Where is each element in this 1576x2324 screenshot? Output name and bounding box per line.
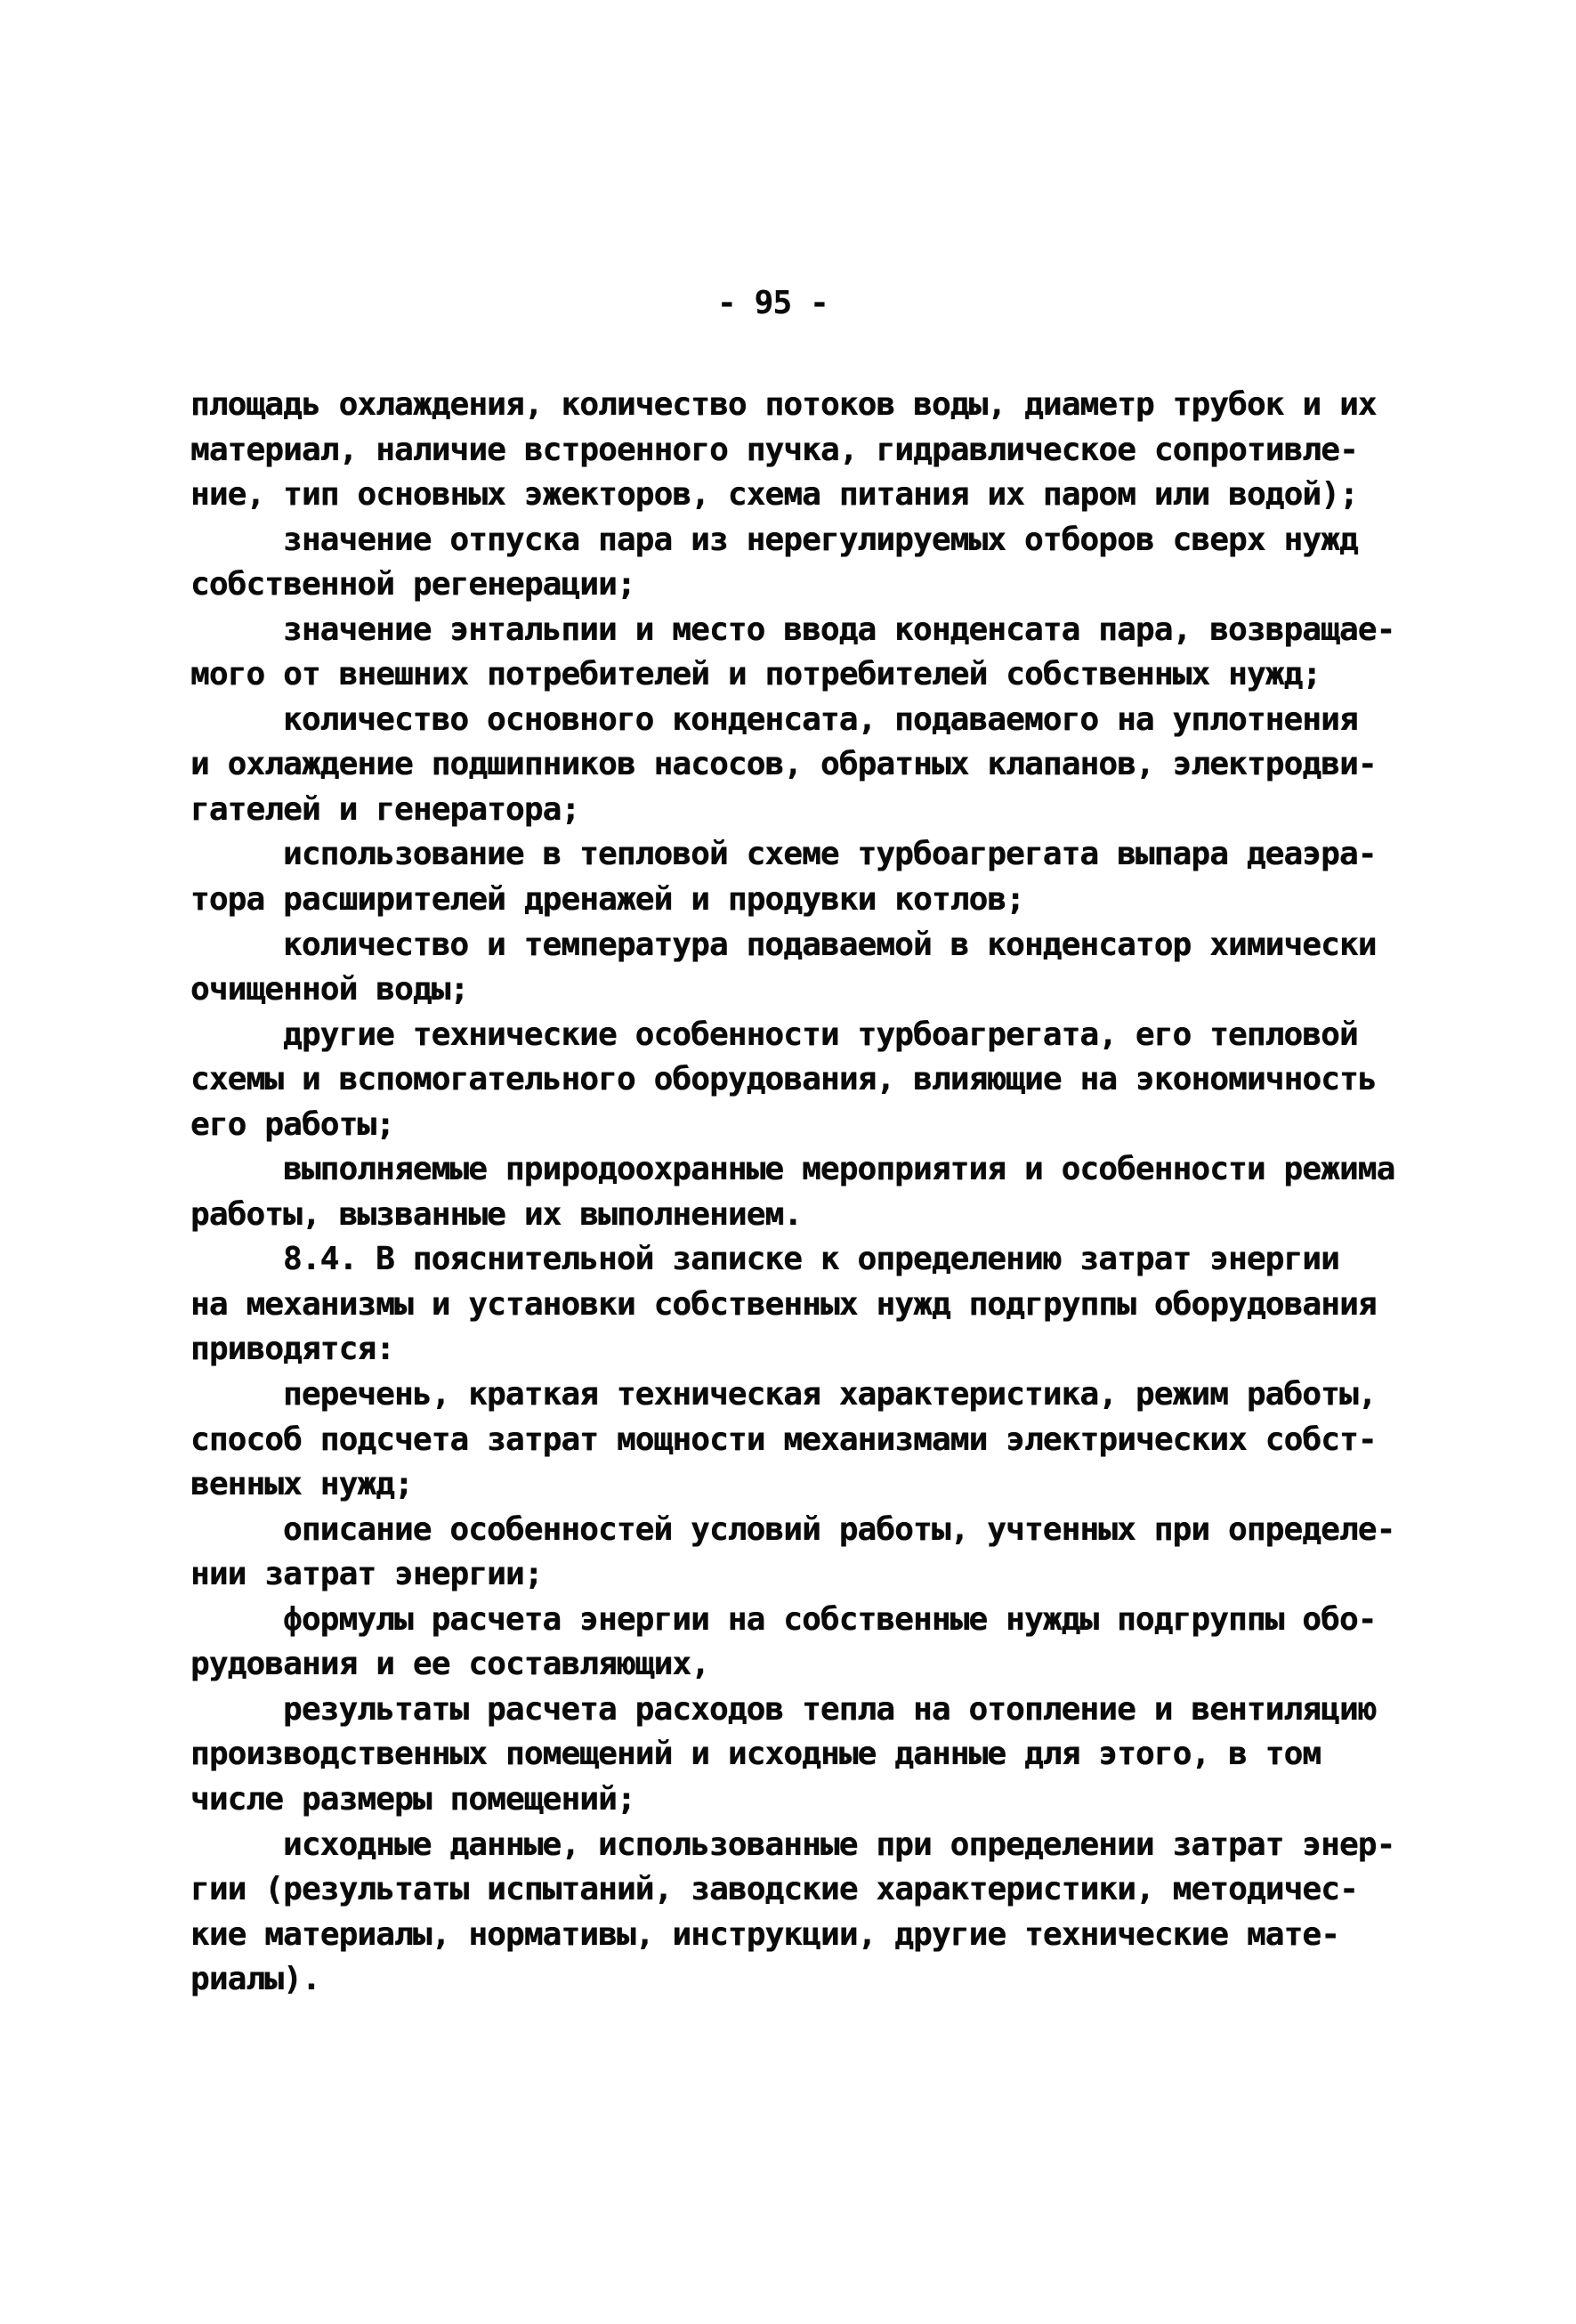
text-line: рудования и ее составляющих, <box>190 1642 1436 1688</box>
text-line: производственных помещений и исходные да… <box>190 1732 1436 1777</box>
text-line: приводятся: <box>190 1327 1436 1373</box>
text-line: очищенной воды; <box>190 968 1436 1013</box>
text-line: кие материалы, нормативы, инструкции, др… <box>190 1913 1436 1958</box>
text-line: тора расширителей дренажей и продувки ко… <box>190 878 1436 923</box>
text-line: риалы). <box>190 1957 1436 2003</box>
text-line: числе размеры помещений; <box>190 1777 1436 1823</box>
text-line: количество и температура подаваемой в ко… <box>190 923 1436 968</box>
text-line: схемы и вспомогательного оборудования, в… <box>190 1057 1436 1103</box>
text-line: перечень, краткая техническая характерис… <box>190 1373 1436 1418</box>
text-line: работы, вызванные их выполнением. <box>190 1193 1436 1238</box>
text-line: другие технические особенности турбоагре… <box>190 1013 1436 1058</box>
text-line: на механизмы и установки собственных нуж… <box>190 1283 1436 1328</box>
text-line: материал, наличие встроенного пучка, гид… <box>190 428 1436 474</box>
text-line: 8.4. В пояснительной записке к определен… <box>190 1237 1436 1283</box>
text-line: количество основного конденсата, подавае… <box>190 698 1436 743</box>
text-line: собственной регенерации; <box>190 563 1436 608</box>
text-line: формулы расчета энергии на собственные н… <box>190 1598 1436 1643</box>
text-line: мого от внешних потребителей и потребите… <box>190 652 1436 698</box>
text-line: и охлаждение подшипников насосов, обратн… <box>190 742 1436 788</box>
text-line: значение отпуска пара из нерегулируемых … <box>190 518 1436 563</box>
text-line: результаты расчета расходов тепла на ото… <box>190 1688 1436 1733</box>
text-line: гии (результаты испытаний, заводские хар… <box>190 1867 1436 1913</box>
page-number: - 95 - <box>717 284 828 323</box>
text-line: выполняемые природоохранные мероприятия … <box>190 1147 1436 1193</box>
text-line: способ подсчета затрат мощности механизм… <box>190 1418 1436 1463</box>
text-line: ние, тип основных эжекторов, схема питан… <box>190 473 1436 518</box>
text-line: использование в тепловой схеме турбоагре… <box>190 832 1436 878</box>
text-line: площадь охлаждения, количество потоков в… <box>190 383 1436 428</box>
text-line: описание особенностей условий работы, уч… <box>190 1508 1436 1553</box>
text-line: нии затрат энергии; <box>190 1552 1436 1598</box>
text-line: исходные данные, использованные при опре… <box>190 1823 1436 1868</box>
document-text-block: площадь охлаждения, количество потоков в… <box>190 383 1436 2003</box>
text-line: гателей и генератора; <box>190 788 1436 833</box>
text-line: значение энтальпии и место ввода конденс… <box>190 608 1436 653</box>
text-line: венных нужд; <box>190 1462 1436 1508</box>
text-line: его работы; <box>190 1103 1436 1148</box>
scanned-document-page: - 95 - площадь охлаждения, количество по… <box>0 0 1576 2324</box>
